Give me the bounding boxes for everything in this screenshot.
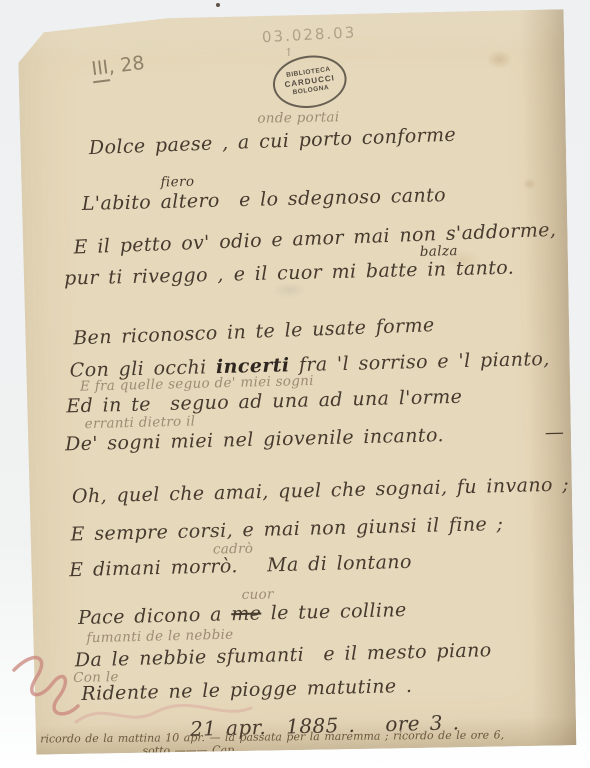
interlinear-correction: erranti dietro il (85, 413, 196, 432)
foxing-spot (486, 50, 512, 68)
archival-number: 03.028.03 (262, 23, 357, 46)
interlinear-correction: cuor (242, 586, 274, 603)
paper-sheet: III, 28 03.028.03 ↑ BIBLIOTECA CARDUCCI … (18, 9, 577, 754)
poem-line-12: Pace dicono a me le tue colline (78, 599, 407, 629)
margin-dash: — (545, 421, 565, 443)
background-speck (216, 3, 220, 7)
interlinear-correction: fiero (160, 174, 194, 191)
poem-line-5: Ben riconosco in te le usate forme (73, 314, 435, 349)
poem-line-2: L'abito altero e lo sdegnoso canto (82, 184, 447, 215)
stamp-pointer-mark: ↑ (284, 46, 293, 59)
struck-word: me (231, 603, 262, 626)
shelfmark-number: , 28 (107, 52, 146, 78)
library-stamp: BIBLIOTECA CARDUCCI BOLOGNA (270, 51, 351, 113)
poem-line-14: Ridente ne le piogge matutine . (81, 675, 412, 705)
shelfmark: III, 28 (90, 52, 145, 80)
foxing-spot (522, 178, 536, 190)
poem-line-10: E sempre corsi, e mai non giunsi il fine… (70, 513, 503, 546)
poem-line-9: Oh, quel che amai, quel che sognai, fu i… (72, 474, 570, 508)
manuscript-scan: III, 28 03.028.03 ↑ BIBLIOTECA CARDUCCI … (0, 0, 590, 768)
poem-line-1: Dolce paese , a cui porto conforme (89, 124, 457, 159)
poem-line-4: pur ti riveggo , e il cuor mi batte in t… (64, 257, 515, 290)
interlinear-correction: fumanti de le nebbie (86, 627, 233, 647)
margin-note-line-1: ricordo de la mattina 10 apr. — la passa… (40, 728, 504, 745)
poem-line-11: E dimani morrò. Ma di lontano (69, 551, 412, 581)
poem-line-3: E il petto ov' odio e amor mai non s'add… (73, 219, 556, 259)
line-segment: fra 'l sorriso e 'l pianto, (289, 348, 550, 376)
line-segment: le tue colline (261, 599, 407, 625)
margin-note-line-2: sotto ——— Cap…… (142, 743, 256, 757)
line-segment: Pace dicono a (78, 603, 232, 629)
interlinear-correction: onde portai (257, 109, 339, 126)
